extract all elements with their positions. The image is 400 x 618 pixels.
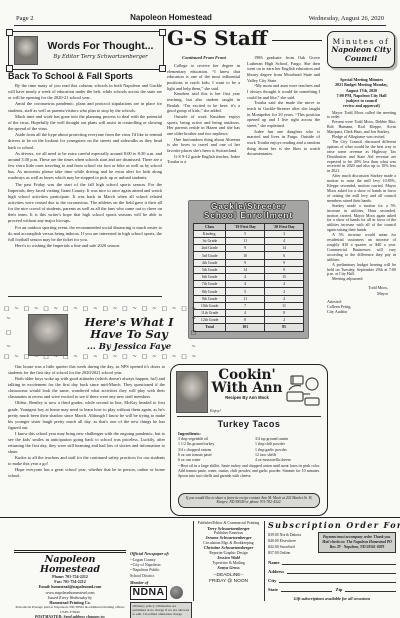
- recipe-instructions: --Heat oil in a large skillet. Saute tur…: [178, 464, 320, 479]
- paragraph: 1986 graduate from Oak Grove Lutheran Hi…: [247, 55, 320, 83]
- table-row: 4th Grade99: [194, 259, 304, 266]
- ann-portrait-photo: [176, 371, 208, 413]
- paragraph: The past Friday was the start of the fal…: [8, 182, 162, 225]
- column-title: Words For Thought...: [38, 41, 163, 52]
- paragraph: As drivers, we all need to be extra care…: [8, 151, 162, 182]
- paragraph: Outside of work Knudsen enjoys sports, b…: [167, 114, 240, 137]
- paragraph: A 5% increase would mean for residential…: [327, 233, 396, 262]
- ndna-logo: NDNA: [130, 586, 167, 600]
- member-of-label: Member of: [130, 580, 192, 585]
- paragraph: I know this school year may bring new ch…: [8, 431, 165, 455]
- paragraph: A preliminary budget hearing will be hel…: [327, 263, 396, 278]
- paragraph: By the time many of you read this column…: [8, 83, 162, 101]
- minutes-column: Special Meeting Minutes2021 Budget Meeti…: [327, 77, 396, 347]
- recipe-contact-note: If you would like to share a favorite re…: [178, 493, 320, 508]
- paragraph: “My mom and aunt were teachers and I alw…: [247, 83, 320, 100]
- paragraph: Aside from all the hype about protecting…: [8, 132, 162, 150]
- headline-rule: [272, 40, 322, 41]
- cookin-byline: Recipes By Ann Mock: [207, 396, 287, 400]
- table-row: 8th Grade52: [194, 288, 304, 295]
- city-field: City: [268, 578, 396, 583]
- minutes-heading: Special Meeting Minutes2021 Budget Meeti…: [327, 77, 396, 109]
- paragraph: Present were Todd Moos, Debbie Bitz, Bob…: [327, 120, 396, 135]
- paragraph: Much time and work has gone into the pla…: [8, 114, 162, 132]
- paragraph: For an outdoor sporting event, the recom…: [8, 225, 162, 243]
- enjoy-note: Enjoy!: [210, 408, 221, 413]
- text-line: 4 oz mozzarella cheese: [255, 458, 325, 463]
- address-field: Address: [268, 569, 396, 574]
- masthead-box: Napoleon Homestead Phone: 701-754-2212 F…: [14, 550, 126, 618]
- table-row: 10th Grade711: [194, 302, 304, 309]
- staff-name: Sonya Gross: [197, 565, 260, 570]
- zip-blank-line: [345, 587, 396, 592]
- table-row: 7th Grade44: [194, 281, 304, 288]
- jessica-portrait-photo: [28, 314, 68, 356]
- subscription-prices: $39.00 North Dakota$40.00 Elsewhere$42.0…: [268, 532, 318, 556]
- mayor-signature: Todd Moos, Mayor: [327, 285, 396, 296]
- official-newspaper-box: Official Newspaper of: --Logan County--C…: [130, 551, 192, 618]
- paragraph: Oldest, Bentley is now a third grader, w…: [8, 400, 165, 430]
- staff-entries: Publisher/Editor & Commercial PrintingTe…: [197, 521, 260, 571]
- paragraph: Starkey made a motion for a 5% increase …: [327, 204, 396, 233]
- table-header-cell: Class: [194, 223, 226, 230]
- attested-signature: Attested: Colleen Fettig, City Auditor: [327, 299, 396, 315]
- paragraph: Trouba said she made the move to teach i…: [247, 100, 320, 128]
- decorative-border-right: ~□~: [190, 316, 197, 350]
- enrollment-table: Class'19 First Day'20 First DayKinderg.5…: [193, 223, 304, 332]
- table-row: 9th Grade114: [194, 295, 304, 302]
- table-row: 5th Grade149: [194, 266, 304, 273]
- vertical-divider: [264, 521, 265, 601]
- paragraph: Here's to wishing the Imperials a fine a…: [8, 243, 162, 249]
- bottom-section-rule: [0, 517, 400, 518]
- table-row: 6th Grade415: [194, 274, 304, 281]
- association-seal-icon: [170, 586, 183, 599]
- ingredients-label: Ingredients:: [178, 431, 201, 436]
- paragraph: Meeting adjourned.: [327, 277, 396, 282]
- table-total-row: Total10185: [194, 324, 304, 331]
- decorative-border-top: □ ~ □ ~ □ ~ □ ~ □ ~ □ ~ □ ~ □ ~ □ ~ □ ~ …: [4, 306, 198, 312]
- masthead-periodicals: Periodicals Postage paid at Napoleon, ND…: [14, 605, 126, 609]
- text-line: 6 oz can water: [178, 458, 252, 463]
- address-blank-line: [287, 569, 396, 574]
- decorative-border-left: ~□~: [5, 316, 12, 350]
- jessica-column-title: Here's What I Have To Say ... By Jessica…: [70, 317, 188, 352]
- paragraph: G-S 9-12 grade English teacher, Jodee Tr…: [167, 154, 240, 165]
- article-body-back-to-school: By the time many of you read this column…: [8, 83, 162, 291]
- state-zip-field: State Zip: [268, 587, 396, 592]
- gs-staff-column-1: College to receive her degree in element…: [167, 63, 240, 197]
- jessica-column-header: □ ~ □ ~ □ ~ □ ~ □ ~ □ ~ □ ~ □ ~ □ ~ □ ~ …: [4, 306, 198, 360]
- article-end-rule: [8, 296, 162, 297]
- table-row: 3rd Grade106: [194, 252, 304, 259]
- article-headline: Back To School & Fall Sports: [8, 71, 166, 81]
- price-line: $57.00 Online: [268, 550, 318, 556]
- paragraph: One fun/random thing about Altreena is s…: [167, 137, 240, 154]
- cookin-with-ann-box: Cookin' With Ann Recipes By Ann Mock Enj…: [170, 364, 328, 516]
- table-header-cell: '19 First Day: [226, 223, 265, 230]
- editor-portrait-photo: [14, 36, 38, 65]
- staff-role: Publisher/Editor & Commercial Printing: [197, 521, 260, 526]
- name-blank-line: [282, 560, 396, 565]
- newspaper-page: Page 2 Napoleon Homestead Wednesday, Aug…: [0, 0, 400, 618]
- staff-name: Christine Schwartzenberger: [197, 545, 260, 550]
- paragraph: Hope everyone has a great school year, w…: [8, 467, 165, 479]
- paragraph: Amid the coronavirus pandemic, plans and…: [8, 101, 162, 113]
- official-items: --Logan County--City of Napoleon--Napole…: [130, 557, 192, 579]
- obituary-policy-note: Obituary policy: Obituaries are publishe…: [130, 602, 192, 618]
- paragraph: College to receive her degree in element…: [167, 63, 240, 91]
- ingredients-column-2: 3/4 tsp ground cumin1 tbsp chili powder1…: [255, 437, 325, 463]
- table-row: 2nd Grade914: [194, 245, 304, 252]
- gift-subscriptions-note: Gift subscriptions available for all occ…: [268, 596, 396, 601]
- gs-staff-headline: G-S Staff: [167, 28, 322, 48]
- recipe-title: Turkey Tacos: [171, 419, 327, 429]
- masthead-postmaster: POSTMASTER: Send address changes to:: [14, 614, 126, 618]
- jessica-byline: ... By Jessica Faye: [70, 343, 188, 352]
- page-number: Page 2: [16, 15, 34, 22]
- minutes-body: Mayor Todd Moos called the meeting to or…: [327, 111, 396, 283]
- paragraph: Kudos to all the teachers and staff for …: [8, 455, 165, 467]
- continued-from-front-label: Continued From Front: [167, 55, 241, 60]
- subscription-form: Subscription Order Form $39.00 North Dak…: [268, 520, 396, 601]
- recipe-divider-rule: [177, 416, 321, 417]
- issue-date: Wednesday, August 26, 2020: [309, 15, 384, 22]
- paragraph: Jodee has one daughter who is married an…: [247, 129, 320, 157]
- vertical-divider: [193, 521, 194, 601]
- minutes-title-box: Minutes of Napoleon City Council: [327, 31, 395, 68]
- corner-ornament: [6, 29, 13, 36]
- enrollment-table-title: Gackle/Streeter School Enrollment: [189, 201, 308, 221]
- city-blank-line: [279, 578, 396, 583]
- paragraph: Both older boys woke up with good attitu…: [8, 376, 165, 400]
- corner-ornament: [159, 29, 166, 36]
- table-row: Kinderg.53: [194, 230, 304, 237]
- words-for-thought-box: Words For Thought... By Editor Terry Sch…: [8, 31, 164, 70]
- cookware-clipart-icon: [283, 370, 323, 410]
- text-line: review and approval): [327, 103, 396, 108]
- table-row: 12th Grade82: [194, 317, 304, 324]
- staff-list-box: Publisher/Editor & Commercial PrintingTe…: [197, 521, 260, 586]
- subscription-title: Subscription Order Form: [268, 520, 396, 530]
- payment-note-box: Payment must accompany order. Thank you.…: [318, 532, 396, 553]
- paragraph: Knudsen said this is her first year teac…: [167, 91, 240, 114]
- column-byline: By Editor Terry Schwartzenberger: [38, 54, 163, 60]
- table-row: 11th Grade48: [194, 309, 304, 316]
- table-header-cell: '20 First Day: [265, 223, 304, 230]
- jessica-column-body: Our house was a little quieter this week…: [8, 364, 165, 510]
- name-field: Name: [268, 560, 396, 565]
- paragraph: After much discussion Starkey made a mot…: [327, 174, 396, 203]
- gs-staff-title: G-S Staff: [167, 28, 267, 48]
- page-header: Page 2 Napoleon Homestead Wednesday, Aug…: [16, 13, 384, 22]
- gs-staff-column-2: 1986 graduate from Oak Grove Lutheran Hi…: [247, 55, 320, 197]
- text-line: 2021 Budget Meeting Monday,: [327, 82, 396, 87]
- paragraph: Our house was a little quieter this week…: [8, 364, 165, 376]
- paragraph: The City Council discussed different opt…: [327, 140, 396, 174]
- deadline-note: --DEADLINE-- FRIDAY @ NOON: [197, 573, 260, 585]
- state-blank-line: [281, 587, 332, 592]
- newspaper-name: Napoleon Homestead: [130, 13, 212, 22]
- table-row: 1st Grade114: [194, 238, 304, 245]
- masthead-title: Napoleon Homestead: [14, 555, 126, 574]
- ingredients-column-1: 3 tbsp vegetable oil1 1/2 lbs ground tur…: [178, 437, 252, 463]
- text-line: School District: [130, 573, 192, 578]
- cookin-title: Cookin' With Ann Recipes By Ann Mock: [207, 369, 287, 400]
- enrollment-table-box: Gackle/Streeter School Enrollment Class'…: [188, 200, 309, 339]
